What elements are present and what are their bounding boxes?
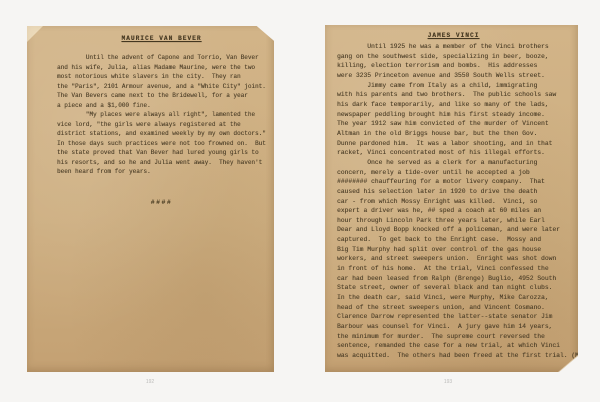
left-page-body: Until the advent of Capone and Torrio, V… <box>57 53 266 177</box>
right-page-body: Until 1925 he was a member of the Vinci … <box>337 42 570 361</box>
right-page-title: JAMES VINCI <box>337 32 570 40</box>
right-page-number: 193 <box>436 379 460 386</box>
manuscript-page-left: MAURICE VAN BEVER Until the advent of Ca… <box>27 26 274 372</box>
manuscript-page-right: JAMES VINCI Until 1925 he was a member o… <box>325 25 578 372</box>
left-page-title: MAURICE VAN BEVER <box>57 35 266 43</box>
left-page-end-mark: #### <box>57 199 266 206</box>
page-corner-fold-icon <box>27 26 43 42</box>
left-page-number: 192 <box>138 379 162 386</box>
